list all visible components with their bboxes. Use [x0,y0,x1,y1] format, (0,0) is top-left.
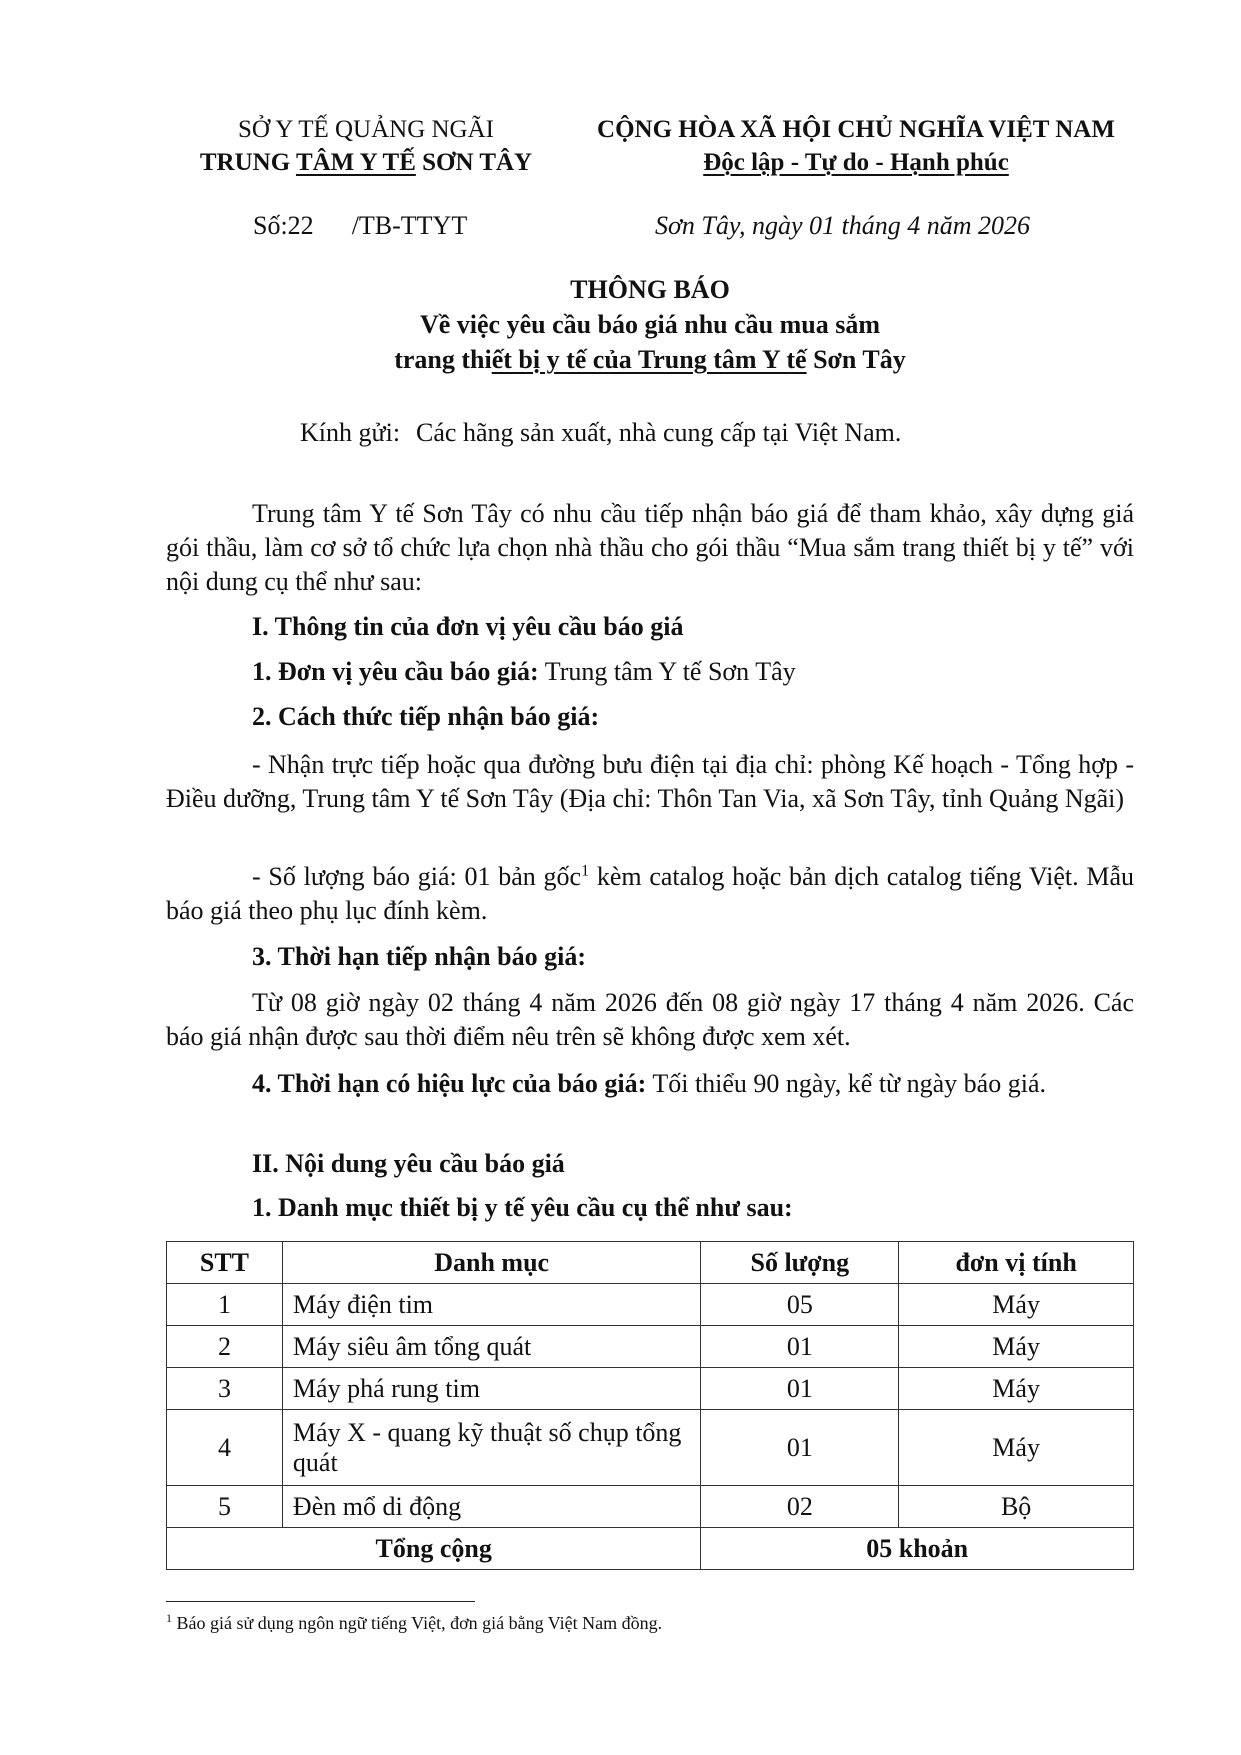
table-row: 3 Máy phá rung tim 01 Máy [167,1368,1134,1410]
doc-number-label: Số:22 [253,211,314,240]
cell-quantity: 01 [701,1326,899,1368]
country-name: CỘNG HÒA XÃ HỘI CHỦ NGHĨA VIỆT NAM [566,113,1146,146]
cell-unit: Máy [899,1284,1134,1326]
document-title: THÔNG BÁO Về việc yêu cầu báo giá nhu cầ… [166,272,1134,377]
cell-stt: 2 [167,1326,283,1368]
cell-unit: Máy [899,1368,1134,1410]
table-row: 4 Máy X - quang kỹ thuật số chụp tổng qu… [167,1410,1134,1486]
section-1-heading: I. Thông tin của đơn vị yêu cầu báo giá [252,610,683,644]
quote-validity-value: Tối thiểu 90 ngày, kể từ ngày báo giá. [646,1069,1046,1098]
requesting-unit-value: Trung tâm Y tế Sơn Tây [539,657,796,686]
cell-unit: Máy [899,1326,1134,1368]
agency-text: TRUNG [200,149,296,176]
quote-validity: 4. Thời hạn có hiệu lực của báo giá: Tối… [166,1067,1134,1101]
national-motto: CỘNG HÒA XÃ HỘI CHỦ NGHĨA VIỆT NAM Độc l… [566,113,1146,179]
title-text: trang thi [394,345,492,374]
requesting-unit: 1. Đơn vị yêu cầu báo giá: Trung tâm Y t… [252,655,796,689]
cell-item: Máy siêu âm tổng quát [282,1326,700,1368]
quote-quantity: - Số lượng báo giá: 01 bản gốc1 kèm cata… [166,860,1134,928]
receiving-address: - Nhận trực tiếp hoặc qua đường bưu điện… [166,748,1134,816]
footnote-separator [166,1601,475,1602]
section-2-heading: II. Nội dung yêu cầu báo giá [252,1147,565,1181]
footnote-reference[interactable]: 1 [581,862,589,879]
col-header-stt: STT [167,1242,283,1284]
title-text-underlined: ết bị y tế của Trung tâm Y tế [492,345,807,374]
table-row: 1 Máy điện tim 05 Máy [167,1284,1134,1326]
cell-stt: 4 [167,1410,283,1486]
document-number: Số:22/TB-TTYT [253,209,467,243]
motto: Độc lập - Tự do - Hạnh phúc [566,146,1146,179]
equipment-list-heading: 1. Danh mục thiết bị y tế yêu cầu cụ thể… [252,1191,793,1225]
parent-agency: SỞ Y TẾ QUẢNG NGÃI [166,113,566,146]
receiving-method-heading: 2. Cách thức tiếp nhận báo giá: [252,700,599,734]
total-label: Tổng cộng [167,1528,701,1570]
agency-text: SƠN TÂY [416,149,532,176]
cell-item: Đèn mổ di động [282,1486,700,1528]
cell-stt: 5 [167,1486,283,1528]
cell-item: Máy phá rung tim [282,1368,700,1410]
requesting-unit-label: 1. Đơn vị yêu cầu báo giá: [252,657,539,686]
table-total-row: Tổng cộng 05 khoản [167,1528,1134,1570]
recipient-value: Các hãng sản xuất, nhà cung cấp tại Việt… [416,418,901,447]
table-row: 5 Đèn mổ di động 02 Bộ [167,1486,1134,1528]
cell-quantity: 01 [701,1368,899,1410]
cell-quantity: 01 [701,1410,899,1486]
cell-quantity: 02 [701,1486,899,1528]
quote-quantity-text: - Số lượng báo giá: 01 bản gốc [252,862,581,891]
cell-unit: Bộ [899,1486,1134,1528]
title-main: THÔNG BÁO [166,272,1134,307]
issuing-agency: TRUNG TÂM Y TẾ SƠN TÂY [166,146,566,179]
cell-quantity: 05 [701,1284,899,1326]
total-value: 05 khoản [701,1528,1134,1570]
col-header-item: Danh mục [282,1242,700,1284]
table-row: 2 Máy siêu âm tổng quát 01 Máy [167,1326,1134,1368]
footnote-text: Báo giá sử dụng ngôn ngữ tiếng Việt, đơn… [172,1613,662,1633]
footnote: 1 Báo giá sử dụng ngôn ngữ tiếng Việt, đ… [166,1611,662,1635]
agency-text-underlined: TÂM Y TẾ [296,149,416,176]
intro-paragraph: Trung tâm Y tế Sơn Tây có nhu cầu tiếp n… [166,497,1134,599]
doc-number-suffix: /TB-TTYT [352,211,468,240]
cell-item: Máy điện tim [282,1284,700,1326]
title-sub-2: trang thiết bị y tế của Trung tâm Y tế S… [166,342,1134,377]
receiving-deadline: Từ 08 giờ ngày 02 tháng 4 năm 2026 đến 0… [166,986,1134,1054]
issuing-authority: SỞ Y TẾ QUẢNG NGÃI TRUNG TÂM Y TẾ SƠN TÂ… [166,113,566,179]
cell-item: Máy X - quang kỹ thuật số chụp tổng quát [282,1410,700,1486]
cell-stt: 3 [167,1368,283,1410]
quote-validity-label: 4. Thời hạn có hiệu lực của báo giá: [252,1069,646,1098]
equipment-table: STT Danh mục Số lượng đơn vị tính 1 Máy … [166,1241,1134,1570]
cell-unit: Máy [899,1410,1134,1486]
col-header-quantity: Số lượng [701,1242,899,1284]
title-text: Sơn Tây [807,345,906,374]
recipient-line: Kính gửi:Các hãng sản xuất, nhà cung cấp… [300,416,901,450]
col-header-unit: đơn vị tính [899,1242,1134,1284]
recipient-label: Kính gửi: [300,418,400,447]
receiving-deadline-heading: 3. Thời hạn tiếp nhận báo giá: [252,940,586,974]
place-and-date: Sơn Tây, ngày 01 tháng 4 năm 2026 [655,209,1030,243]
table-header-row: STT Danh mục Số lượng đơn vị tính [167,1242,1134,1284]
cell-stt: 1 [167,1284,283,1326]
title-sub-1: Về việc yêu cầu báo giá nhu cầu mua sắm [166,307,1134,342]
